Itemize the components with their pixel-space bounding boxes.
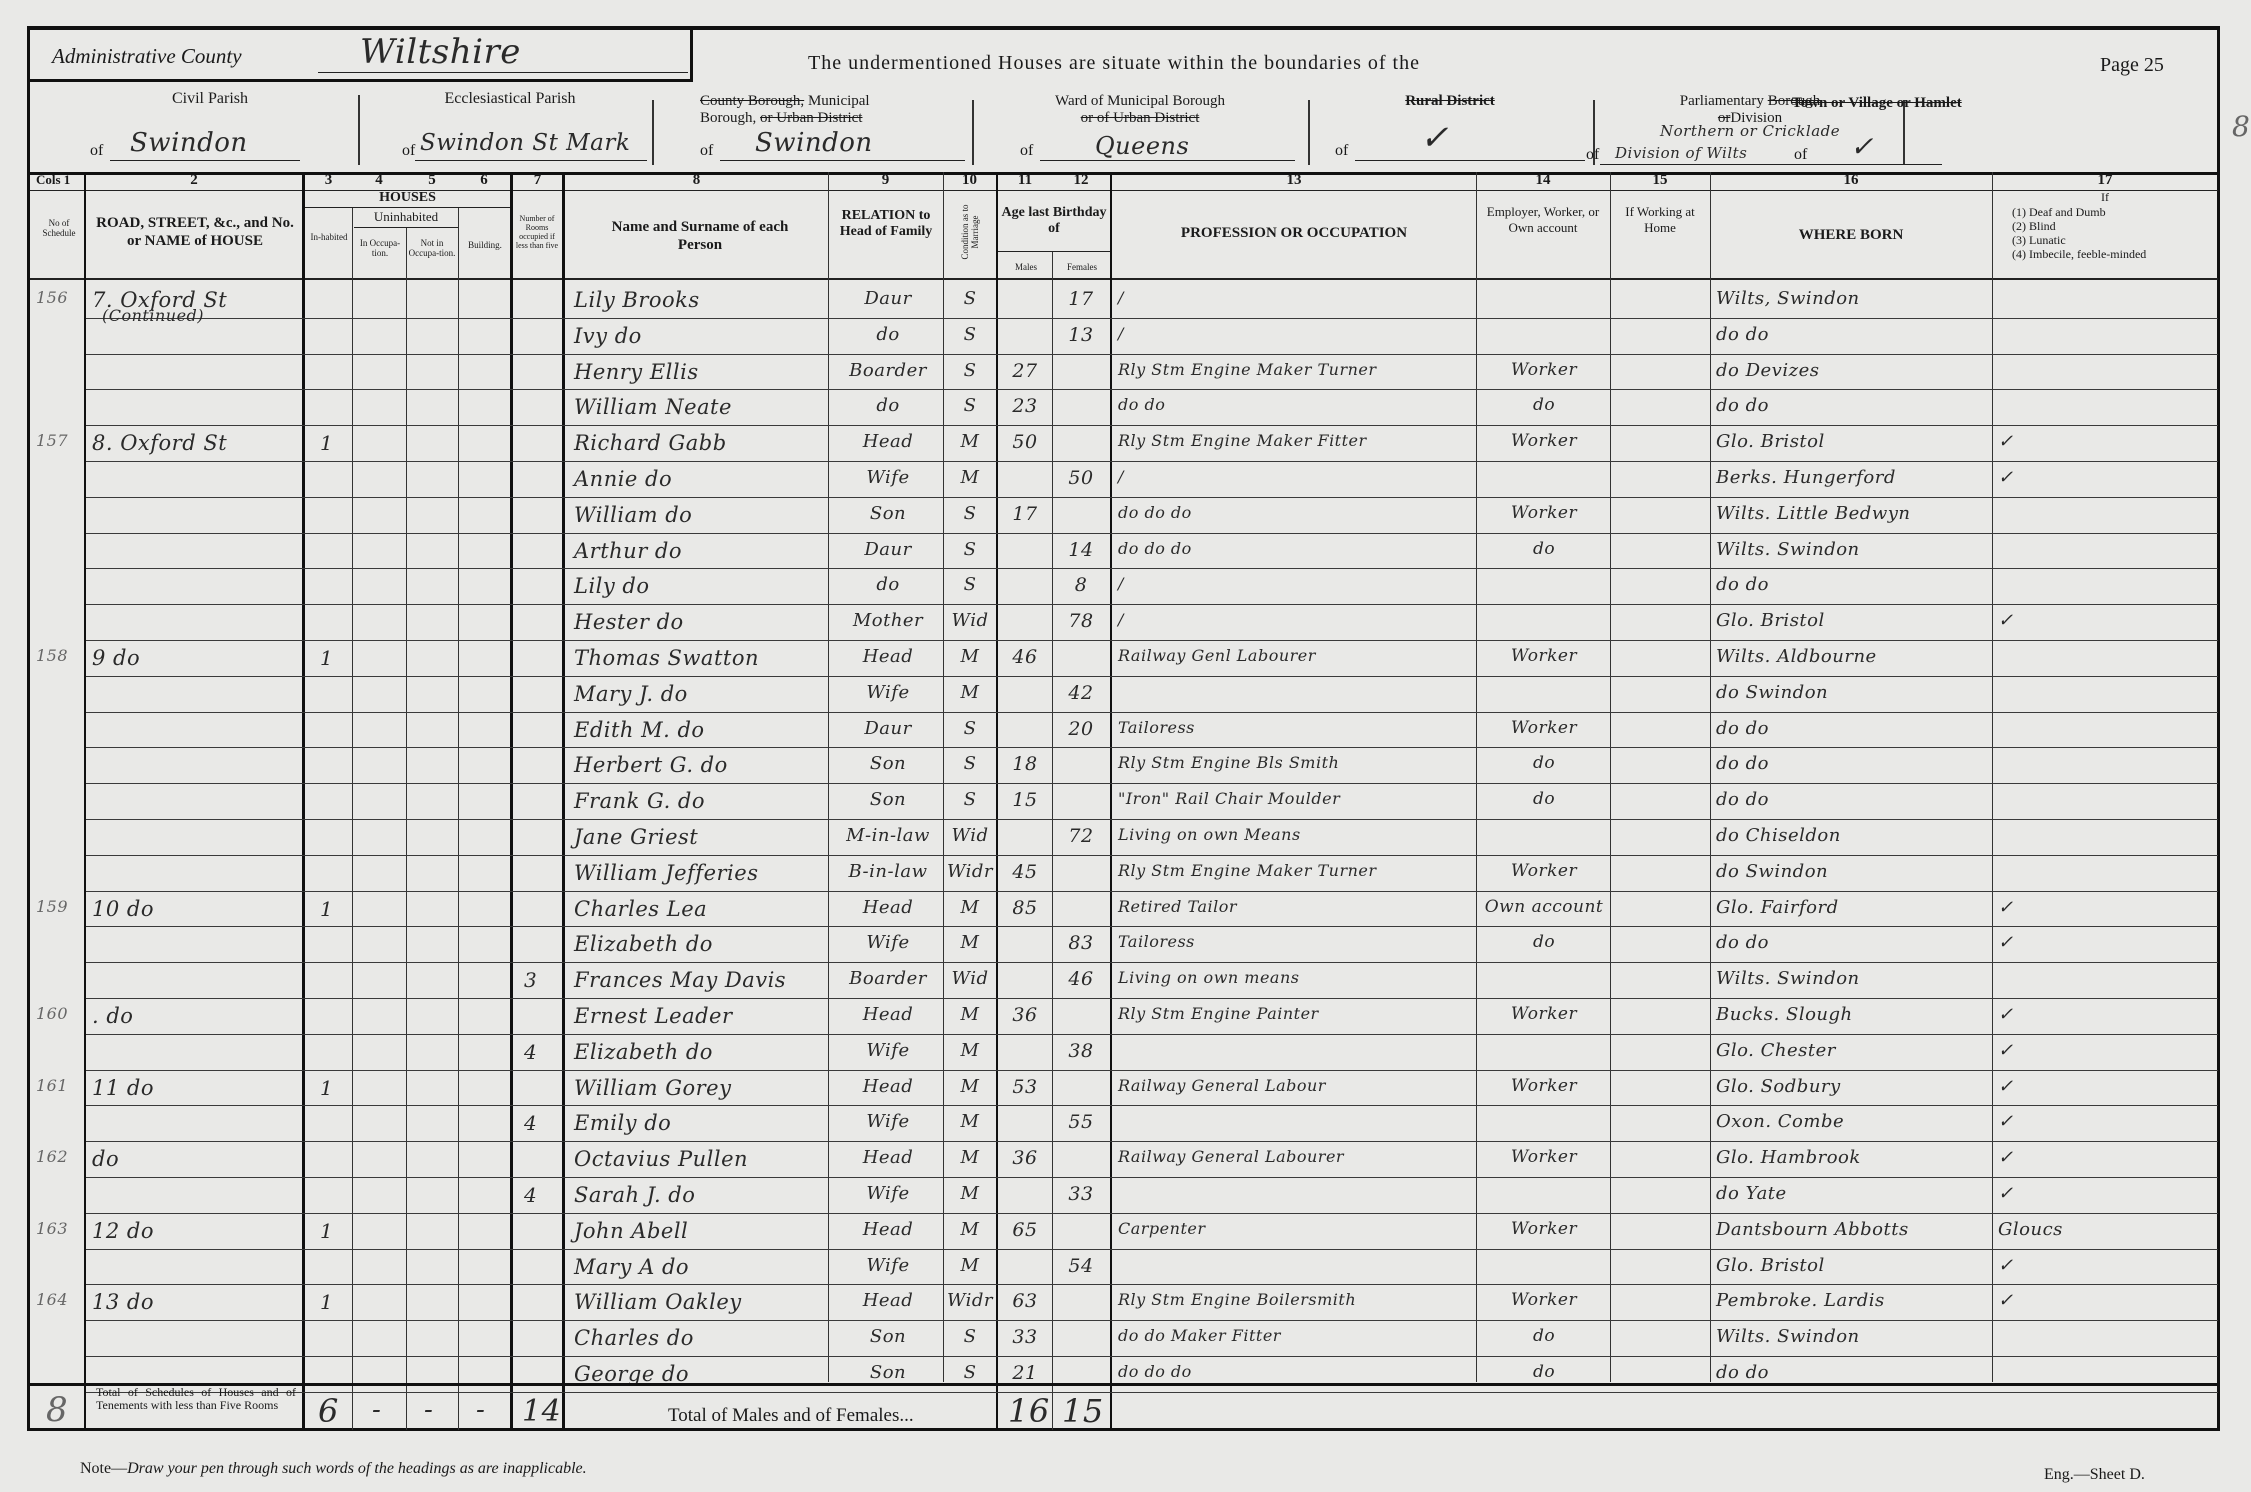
row-rule xyxy=(86,425,2218,426)
cell-relation: do xyxy=(834,395,942,416)
cell-infirm: ✓ xyxy=(1998,897,2078,918)
cell-road: 12 do xyxy=(92,1219,302,1243)
cell-born: do Devizes xyxy=(1716,360,1990,381)
cell-employer: do xyxy=(1480,1326,1608,1346)
cell-relation: Head xyxy=(834,646,942,667)
rural-of: of xyxy=(1335,142,1348,160)
colnum-4: 4 xyxy=(352,172,406,189)
road-header: ROAD, STREET, &c., and No. or NAME of HO… xyxy=(90,214,300,250)
town-struck: Town or Village or Hamlet xyxy=(1792,95,1962,112)
ward-value: Queens xyxy=(1095,132,1189,160)
cell-relation: Wife xyxy=(834,1183,942,1204)
cell-condition: S xyxy=(946,360,994,381)
colnum-9: 9 xyxy=(828,172,943,189)
males-header: Males xyxy=(1000,262,1052,272)
col-divider xyxy=(510,172,513,1430)
infirmity-list: (1) Deaf and Dumb (2) Blind (3) Lunatic … xyxy=(2012,205,2146,261)
cell-occupation: Tailoress xyxy=(1118,932,1474,951)
females-header: Females xyxy=(1054,262,1110,272)
cell-born: do do xyxy=(1716,324,1990,345)
schedule-header: No of Schedule xyxy=(36,218,82,238)
totals-rule xyxy=(30,1383,2218,1386)
cell-occupation: Living on own Means xyxy=(1118,825,1474,844)
parliamentary-value-1: Northern or Cricklade xyxy=(1660,122,1840,140)
row-rule xyxy=(86,1105,2218,1106)
schedules-total: 8 xyxy=(46,1390,68,1430)
cell-infirm: Gloucs xyxy=(1998,1219,2078,1240)
row-rule xyxy=(86,1392,2218,1393)
cell-infirm: ✓ xyxy=(1998,1290,2078,1311)
cell-female-age: 46 xyxy=(1054,968,1108,990)
cell-inhabited: 1 xyxy=(320,1219,350,1243)
cell-born: do do xyxy=(1716,395,1990,416)
cell-schedule: 156 xyxy=(36,288,84,307)
cell-born: Dantsbourn Abbotts xyxy=(1716,1219,1990,1240)
total-not-in-occupation: - xyxy=(424,1395,433,1425)
inhabited-header: In-habited xyxy=(308,232,350,242)
underline xyxy=(1040,160,1295,161)
cell-relation: Head xyxy=(834,1004,942,1025)
cell-born: Oxon. Combe xyxy=(1716,1111,1990,1132)
cell-road: 8. Oxford St xyxy=(92,431,302,455)
uninhabited-header: Uninhabited xyxy=(354,209,458,225)
cell-name: Charles Lea xyxy=(574,897,828,921)
cell-female-age: 14 xyxy=(1054,539,1108,561)
cell-inhabited: 1 xyxy=(320,646,350,670)
cell-relation: Son xyxy=(834,753,942,774)
cell-born: Glo. Sodbury xyxy=(1716,1076,1990,1097)
colnum-17: 17 xyxy=(1992,172,2218,189)
cell-female-age: 8 xyxy=(1054,574,1108,596)
condition-header: Condition as to Marriage xyxy=(960,202,980,262)
urban-district-struck: or Urban District xyxy=(760,110,862,126)
cell-relation: Wife xyxy=(834,1040,942,1061)
cell-schedule: 163 xyxy=(36,1219,84,1238)
occupation-header: PROFESSION OR OCCUPATION xyxy=(1112,225,1476,242)
cell-occupation: do do do xyxy=(1118,539,1474,558)
cell-condition: M xyxy=(946,467,994,488)
cell-occupation: Railway General Labour xyxy=(1118,1076,1474,1095)
sheet-label: Eng.—Sheet D. xyxy=(2044,1466,2145,1484)
rural-value-check: ✓ xyxy=(1420,118,1449,158)
rural-district-struck: Rural District xyxy=(1320,93,1580,110)
cell-relation: B-in-law xyxy=(834,861,942,882)
cell-road: . do xyxy=(92,1004,302,1028)
cell-relation: Mother xyxy=(834,610,942,631)
cell-female-age: 13 xyxy=(1054,324,1108,346)
cell-condition: S xyxy=(946,395,994,416)
cell-condition: S xyxy=(946,789,994,810)
cell-inhabited: 1 xyxy=(320,897,350,921)
cell-name: Edith M. do xyxy=(574,718,828,742)
row-rule xyxy=(86,1213,2218,1214)
admin-county-label: Administrative County xyxy=(52,44,242,69)
intro-text: The undermentioned Houses are situate wi… xyxy=(808,52,1420,75)
underline xyxy=(110,160,300,161)
row-rule xyxy=(86,354,2218,355)
cell-employer: Own account xyxy=(1480,897,1608,917)
infirmity-if: If xyxy=(1992,190,2218,205)
cell-relation: Head xyxy=(834,897,942,918)
cell-born: do Chiseldon xyxy=(1716,825,1990,846)
relation-header: RELATION to Head of Family xyxy=(830,208,942,240)
cell-occupation: / xyxy=(1118,610,1474,629)
cell-employer: do xyxy=(1480,789,1608,809)
colnum-6: 6 xyxy=(458,172,510,189)
cell-condition: M xyxy=(946,1255,994,1276)
cell-born: Wilts. Swindon xyxy=(1716,539,1990,560)
colnum-3: 3 xyxy=(305,172,352,189)
town-value-check: ✓ xyxy=(1850,130,1874,163)
cell-relation: Head xyxy=(834,1076,942,1097)
eccl-parish-of: of xyxy=(402,142,415,160)
cell-relation: Son xyxy=(834,503,942,524)
cell-name: William Neate xyxy=(574,395,828,419)
cell-condition: S xyxy=(946,288,994,309)
total-males-females-label: Total of Males and of Females... xyxy=(668,1405,914,1427)
cell-male-age: 15 xyxy=(1000,789,1050,811)
cell-inhabited: 1 xyxy=(320,1290,350,1314)
col-divider xyxy=(84,172,86,1430)
cell-relation: Daur xyxy=(834,718,942,739)
cell-born: Glo. Bristol xyxy=(1716,610,1990,631)
cell-born: Wilts. Swindon xyxy=(1716,968,1990,989)
cell-born: do Yate xyxy=(1716,1183,1990,1204)
note-text: Draw your pen through such words of the … xyxy=(127,1460,587,1477)
row-rule xyxy=(86,1284,2218,1285)
cell-condition: M xyxy=(946,682,994,703)
side-mark: 8 xyxy=(2232,110,2250,143)
cell-employer: Worker xyxy=(1480,1004,1608,1024)
cell-relation: Head xyxy=(834,431,942,452)
cell-relation: Son xyxy=(834,1326,942,1347)
in-occupation-header: In Occupa-tion. xyxy=(356,238,404,258)
cell-born: do do xyxy=(1716,574,1990,595)
row-rule xyxy=(86,819,2218,820)
town-of: of xyxy=(1794,146,1807,164)
cell-born: Glo. Fairford xyxy=(1716,897,1990,918)
cell-name: Herbert G. do xyxy=(574,753,828,777)
cell-rooms: 4 xyxy=(524,1111,560,1135)
underline xyxy=(720,160,965,161)
cell-infirm: ✓ xyxy=(1998,467,2078,488)
cell-schedule: 160 xyxy=(36,1004,84,1023)
cell-born: Wilts. Aldbourne xyxy=(1716,646,1990,667)
cell-male-age: 85 xyxy=(1000,897,1050,919)
cell-rooms: 4 xyxy=(524,1183,560,1207)
underline xyxy=(1812,164,1942,165)
cell-condition: S xyxy=(946,753,994,774)
cell-female-age: 17 xyxy=(1054,288,1108,310)
infirmity-2: (2) Blind xyxy=(2012,219,2146,233)
colnum-15: 15 xyxy=(1610,172,1710,189)
cell-male-age: 63 xyxy=(1000,1290,1050,1312)
cell-condition: Wid xyxy=(946,968,994,989)
divider xyxy=(1308,100,1310,165)
cell-occupation: Rly Stm Engine Boilersmith xyxy=(1118,1290,1474,1309)
row-rule xyxy=(86,926,2218,927)
infirmity-1: (1) Deaf and Dumb xyxy=(2012,205,2146,219)
working-home-header: If Working at Home xyxy=(1618,204,1702,236)
admin-county-box-edge xyxy=(690,30,693,82)
cell-infirm: ✓ xyxy=(1998,1255,2078,1276)
cell-name: Sarah J. do xyxy=(574,1183,828,1207)
cell-name: Elizabeth do xyxy=(574,932,828,956)
name-header: Name and Surname of each Person xyxy=(590,218,810,254)
cell-name: Emily do xyxy=(574,1111,828,1135)
ward-struck: or of Urban District xyxy=(1081,110,1200,126)
cell-condition: M xyxy=(946,897,994,918)
cell-schedule: 164 xyxy=(36,1290,84,1309)
colnum-7: 7 xyxy=(513,172,562,189)
cell-infirm: ✓ xyxy=(1998,431,2078,452)
colnum-2: 2 xyxy=(86,172,302,189)
cell-name: Lily Brooks xyxy=(574,288,828,312)
cell-employer: Worker xyxy=(1480,1290,1608,1310)
note-label: Note— xyxy=(80,1460,127,1477)
cell-inhabited: 1 xyxy=(320,431,350,455)
cell-relation: Boarder xyxy=(834,968,942,989)
cell-schedule: 158 xyxy=(36,646,84,665)
divider xyxy=(652,100,654,165)
cell-female-age: 55 xyxy=(1054,1111,1108,1133)
ward-of: of xyxy=(1020,142,1033,160)
cell-employer: do xyxy=(1480,753,1608,773)
cell-condition: M xyxy=(946,1111,994,1132)
cell-road: do xyxy=(92,1147,302,1171)
footer-note: Note—Draw your pen through such words of… xyxy=(80,1460,587,1478)
cell-born: Glo. Bristol xyxy=(1716,431,1990,452)
cell-relation: Wife xyxy=(834,932,942,953)
parliamentary-label: Parliamentary xyxy=(1680,93,1764,109)
cell-male-age: 46 xyxy=(1000,646,1050,668)
row-rule xyxy=(86,604,2218,605)
cell-schedule: 159 xyxy=(36,897,84,916)
cell-occupation: Railway General Labourer xyxy=(1118,1147,1474,1166)
row-rule xyxy=(86,1177,2218,1178)
row-rule xyxy=(86,676,2218,677)
cell-relation: M-in-law xyxy=(834,825,942,846)
cell-occupation: do do xyxy=(1118,395,1474,414)
cell-road-continued: (Continued) xyxy=(102,306,204,325)
cell-occupation: do do do xyxy=(1118,503,1474,522)
cell-relation: do xyxy=(834,324,942,345)
cell-female-age: 20 xyxy=(1054,718,1108,740)
municipal-label: Municipal xyxy=(808,93,870,109)
cell-employer: do xyxy=(1480,1362,1608,1382)
cell-born: do Swindon xyxy=(1716,861,1990,882)
col-divider xyxy=(1052,252,1053,1430)
cell-infirm: ✓ xyxy=(1998,1076,2078,1097)
cell-born: do Swindon xyxy=(1716,682,1990,703)
divider xyxy=(972,100,974,165)
totals-label: Total of Schedules of Houses and of Tene… xyxy=(96,1386,296,1412)
eccl-parish-value: Swindon St Mark xyxy=(420,130,630,156)
cell-born: Wilts, Swindon xyxy=(1716,288,1990,309)
borough-label: Borough, xyxy=(700,110,756,126)
cell-name: William Gorey xyxy=(574,1076,828,1100)
civil-parish-label: Civil Parish xyxy=(130,90,290,108)
cell-occupation: / xyxy=(1118,288,1474,307)
row-rule xyxy=(86,891,2218,892)
cell-occupation: do do Maker Fitter xyxy=(1118,1326,1474,1345)
cell-condition: M xyxy=(946,1040,994,1061)
cell-name: Mary J. do xyxy=(574,682,828,706)
row-rule xyxy=(86,318,2218,319)
colnum-16: 16 xyxy=(1710,172,1992,189)
cell-name: Hester do xyxy=(574,610,828,634)
cell-occupation: Rly Stm Engine Maker Turner xyxy=(1118,861,1474,880)
cell-relation: Head xyxy=(834,1290,942,1311)
cell-male-age: 36 xyxy=(1000,1004,1050,1026)
cell-male-age: 36 xyxy=(1000,1147,1050,1169)
county-borough-of: of xyxy=(700,142,713,160)
cell-male-age: 18 xyxy=(1000,753,1050,775)
county-borough-value: Swindon xyxy=(755,128,873,158)
underline xyxy=(415,160,647,161)
row-rule xyxy=(86,1141,2218,1142)
cell-name: Ernest Leader xyxy=(574,1004,828,1028)
row-rule xyxy=(86,962,2218,963)
row-rule xyxy=(86,1070,2218,1071)
cell-condition: S xyxy=(946,1362,994,1383)
cell-road: 9 do xyxy=(92,646,302,670)
total-rooms: 14 xyxy=(522,1394,561,1429)
cell-born: do do xyxy=(1716,718,1990,739)
cell-occupation: Railway Genl Labourer xyxy=(1118,646,1474,665)
cell-relation: Daur xyxy=(834,288,942,309)
cell-condition: Wid xyxy=(946,610,994,631)
cell-schedule: 162 xyxy=(36,1147,84,1166)
colnum-12: 12 xyxy=(1052,172,1110,189)
cell-born: Pembroke. Lardis xyxy=(1716,1290,1990,1311)
cell-condition: M xyxy=(946,646,994,667)
cell-occupation: Carpenter xyxy=(1118,1219,1474,1238)
cell-road: 10 do xyxy=(92,897,302,921)
cell-condition: Wid xyxy=(946,825,994,846)
county-borough-struck: County Borough, xyxy=(700,93,804,109)
cell-name: Lily do xyxy=(574,574,828,598)
row-rule xyxy=(86,389,2218,390)
total-females: 15 xyxy=(1062,1392,1104,1430)
cell-name: Henry Ellis xyxy=(574,360,828,384)
cell-employer: Worker xyxy=(1480,1076,1608,1096)
colnum-8: 8 xyxy=(565,172,828,189)
cell-condition: M xyxy=(946,1219,994,1240)
civil-parish-value: Swindon xyxy=(130,128,248,158)
row-rule xyxy=(86,747,2218,748)
row-rule xyxy=(86,783,2218,784)
cell-relation: Head xyxy=(834,1147,942,1168)
cell-name: John Abell xyxy=(574,1219,828,1243)
col-divider xyxy=(1110,172,1112,1430)
where-born-header: WHERE BORN xyxy=(1710,227,1992,244)
cell-male-age: 65 xyxy=(1000,1219,1050,1241)
cell-female-age: 42 xyxy=(1054,682,1108,704)
cell-infirm: ✓ xyxy=(1998,1183,2078,1204)
cell-born: Berks. Hungerford xyxy=(1716,467,1990,488)
cell-relation: Boarder xyxy=(834,360,942,381)
cell-employer: Worker xyxy=(1480,718,1608,738)
col-divider xyxy=(562,172,565,1430)
cell-employer: Worker xyxy=(1480,861,1608,881)
cell-schedule: 161 xyxy=(36,1076,84,1095)
cell-born: do do xyxy=(1716,789,1990,810)
ward-label: Ward of Municipal Borough xyxy=(1055,93,1225,109)
cell-condition: Widr xyxy=(946,1290,994,1311)
admin-county-box-bottom xyxy=(30,79,692,82)
colnum-10: 10 xyxy=(943,172,996,189)
cell-condition: S xyxy=(946,503,994,524)
cell-name: William Jefferies xyxy=(574,861,828,885)
cell-female-age: 72 xyxy=(1054,825,1108,847)
cell-male-age: 53 xyxy=(1000,1076,1050,1098)
age-header: Age last Birthday of xyxy=(1000,205,1108,237)
cell-occupation: Rly Stm Engine Bls Smith xyxy=(1118,753,1474,772)
cell-name: Charles do xyxy=(574,1326,828,1350)
col-divider xyxy=(996,172,998,1430)
col-divider xyxy=(302,172,305,1430)
cell-born: do do xyxy=(1716,753,1990,774)
eccl-parish-label: Ecclesiastical Parish xyxy=(380,90,640,108)
cell-infirm: ✓ xyxy=(1998,610,2078,631)
total-in-occupation: - xyxy=(372,1395,381,1425)
employer-header: Employer, Worker, or Own account xyxy=(1482,204,1604,236)
row-rule xyxy=(86,1249,2218,1250)
cell-born: do do xyxy=(1716,932,1990,953)
cell-infirm: ✓ xyxy=(1998,1004,2078,1025)
cell-name: Arthur do xyxy=(574,539,828,563)
cell-condition: S xyxy=(946,324,994,345)
cell-name: Frances May Davis xyxy=(574,968,828,992)
cell-name: Annie do xyxy=(574,467,828,491)
houses-rule xyxy=(305,207,510,208)
total-males: 16 xyxy=(1008,1392,1050,1430)
cell-condition: M xyxy=(946,932,994,953)
cell-female-age: 54 xyxy=(1054,1255,1108,1277)
cell-road: 11 do xyxy=(92,1076,302,1100)
cell-male-age: 50 xyxy=(1000,431,1050,453)
cell-condition: M xyxy=(946,431,994,452)
cell-name: Octavius Pullen xyxy=(574,1147,828,1171)
cell-employer: do xyxy=(1480,539,1608,559)
cell-occupation: Living on own means xyxy=(1118,968,1474,987)
colnum-1: Cols 1 xyxy=(36,172,70,188)
cell-condition: Widr xyxy=(946,861,994,882)
cell-rooms: 3 xyxy=(524,968,560,992)
cell-condition: S xyxy=(946,539,994,560)
underline xyxy=(1355,160,1585,161)
cell-relation: do xyxy=(834,574,942,595)
not-in-occupation-header: Not in Occupa-tion. xyxy=(408,238,456,258)
cell-employer: Worker xyxy=(1480,1147,1608,1167)
cell-infirm: ✓ xyxy=(1998,932,2078,953)
admin-county-underline xyxy=(318,72,688,73)
cell-inhabited: 1 xyxy=(320,1076,350,1100)
cell-male-age: 33 xyxy=(1000,1326,1050,1348)
cell-name: Elizabeth do xyxy=(574,1040,828,1064)
cell-name: William do xyxy=(574,503,828,527)
ward-label-block: Ward of Municipal Borough or of Urban Di… xyxy=(985,93,1295,127)
cell-employer: do xyxy=(1480,932,1608,952)
infirmity-3: (3) Lunatic xyxy=(2012,233,2146,247)
cell-name: William Oakley xyxy=(574,1290,828,1314)
cell-occupation: Retired Tailor xyxy=(1118,897,1474,916)
houses-header: HOUSES xyxy=(305,190,510,206)
row-rule xyxy=(86,533,2218,534)
cell-male-age: 21 xyxy=(1000,1362,1050,1384)
row-rule xyxy=(86,998,2218,999)
